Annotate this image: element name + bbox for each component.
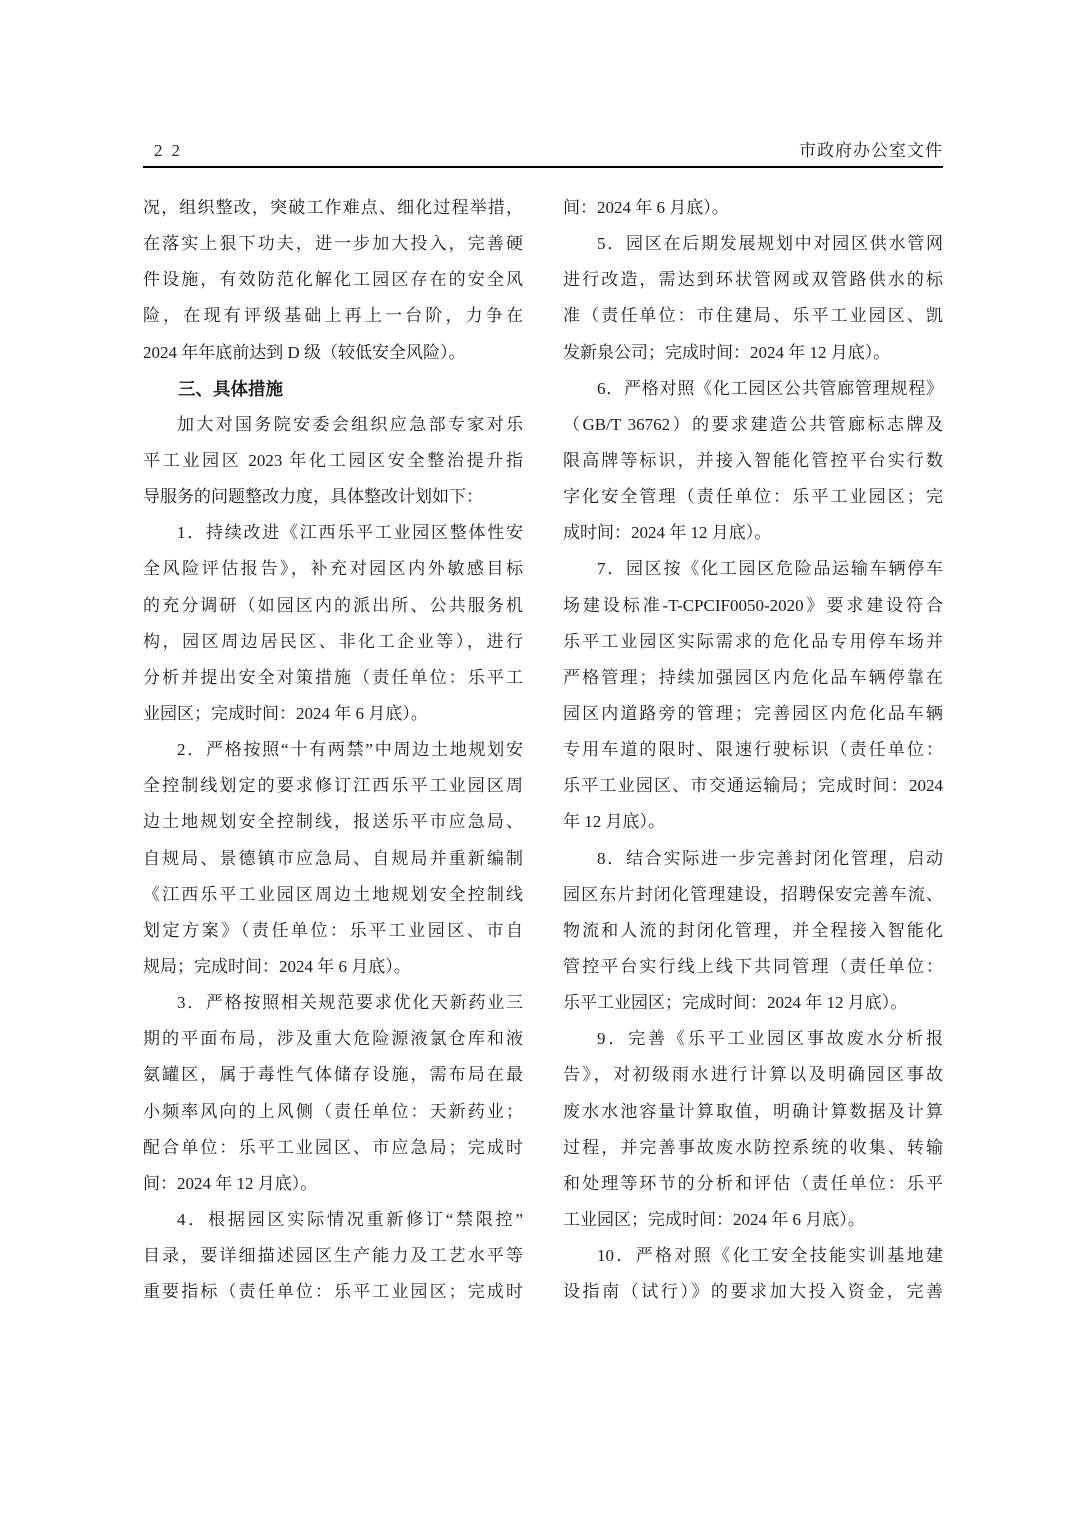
text-line: 加大对国务院安委会组织应急部专家对乐 — [143, 407, 523, 443]
text-line: 成时间：2024 年 12 月底）。 — [563, 515, 943, 551]
text-line: 10．严格对照《化工安全技能实训基地建 — [563, 1238, 943, 1274]
text-line: 专用车道的限时、限速行驶标识（责任单位： — [563, 732, 943, 768]
document-body: 况，组织整改，突破工作难点、细化过程举措，在落实上狠下功夫，进一步加大投入，完善… — [143, 190, 943, 1310]
text-line: 的充分调研（如园区内的派出所、公共服务机 — [143, 588, 523, 624]
text-line: 自规局、景德镇市应急局、自规局并重新编制 — [143, 841, 523, 877]
text-line: 9．完善《乐平工业园区事故废水分析报 — [563, 1021, 943, 1057]
text-line: 构，园区周边居民区、非化工企业等），进行 — [143, 624, 523, 660]
text-line: 在落实上狠下功夫，进一步加大投入，完善硬 — [143, 226, 523, 262]
text-line: 园区内道路旁的管理；完善园区内危化品车辆 — [563, 696, 943, 732]
text-line: 进行改造，需达到环状管网或双管路供水的标 — [563, 262, 943, 298]
text-line: 况，组织整改，突破工作难点、细化过程举措， — [143, 190, 523, 226]
text-line: 严格管理；持续加强园区内危化品车辆停靠在 — [563, 660, 943, 696]
text-line: 全风险评估报告》，补充对园区内外敏感目标 — [143, 551, 523, 587]
text-line: 规局；完成时间：2024 年 6 月底）。 — [143, 949, 523, 985]
text-line: 划定方案》（责任单位：乐平工业园区、市自 — [143, 913, 523, 949]
text-line: 间：2024 年 6 月底）。 — [563, 190, 943, 226]
text-line: 氨罐区，属于毒性气体储存设施，需布局在最 — [143, 1057, 523, 1093]
text-line: （GB/T 36762）的要求建造公共管廊标志牌及 — [563, 407, 943, 443]
text-line: 字化安全管理（责任单位：乐平工业园区；完 — [563, 479, 943, 515]
text-line: 2024 年年底前达到 D 级（较低安全风险）。 — [143, 335, 523, 371]
text-line: 和处理等环节的分析和评估（责任单位：乐平 — [563, 1166, 943, 1202]
text-line: 配合单位：乐平工业园区、市应急局；完成时 — [143, 1130, 523, 1166]
text-line: 场建设标准-T-CPCIF0050-2020》要求建设符合 — [563, 588, 943, 624]
text-line: 小频率风向的上风侧（责任单位：天新药业； — [143, 1094, 523, 1130]
text-line: 业园区；完成时间：2024 年 6 月底）。 — [143, 696, 523, 732]
text-line: 7．园区按《化工园区危险品运输车辆停车 — [563, 551, 943, 587]
heading-line: 三、具体措施 — [143, 371, 523, 407]
text-line: 乐平工业园区实际需求的危化品专用停车场并 — [563, 624, 943, 660]
text-line: 重要指标（责任单位：乐平工业园区；完成时 — [143, 1274, 523, 1310]
text-line: 《江西乐平工业园区周边土地规划安全控制线 — [143, 877, 523, 913]
text-line: 目录，要详细描述园区生产能力及工艺水平等 — [143, 1238, 523, 1274]
paragraph: 2．严格按照“十有两禁”中周边土地规划安全控制线划定的要求修订江西乐平工业园区周… — [143, 732, 523, 985]
text-line: 边土地规划安全控制线，报送乐平市应急局、 — [143, 804, 523, 840]
section-heading: 三、具体措施 — [143, 371, 523, 407]
text-line: 分析并提出安全对策措施（责任单位：乐平工 — [143, 660, 523, 696]
text-line: 件设施，有效防范化解化工园区存在的安全风 — [143, 262, 523, 298]
text-line: 乐平工业园区、市交通运输局；完成时间：2024 — [563, 768, 943, 804]
paragraph: 9．完善《乐平工业园区事故废水分析报告》，对初级雨水进行计算以及明确园区事故废水… — [563, 1021, 943, 1238]
document-page: 22 市政府办公室文件 况，组织整改，突破工作难点、细化过程举措，在落实上狠下功… — [0, 0, 1074, 1520]
text-line: 乐平工业园区；完成时间：2024 年 12 月底）。 — [563, 985, 943, 1021]
text-line: 1．持续改进《江西乐平工业园区整体性安 — [143, 515, 523, 551]
paragraph: 4．根据园区实际情况重新修订“禁限控”目录，要详细描述园区生产能力及工艺水平等重… — [143, 1202, 523, 1310]
text-line: 工业园区；完成时间：2024 年 6 月底）。 — [563, 1202, 943, 1238]
text-line: 发新泉公司；完成时间：2024 年 12 月底）。 — [563, 335, 943, 371]
paragraph: 间：2024 年 6 月底）。 — [563, 190, 943, 226]
paragraph: 加大对国务院安委会组织应急部专家对乐平工业园区 2023 年化工园区安全整治提升… — [143, 407, 523, 515]
text-line: 期的平面布局，涉及重大危险源液氯仓库和液 — [143, 1021, 523, 1057]
text-line: 6．严格对照《化工园区公共管廊管理规程》 — [563, 371, 943, 407]
text-line: 限高牌等标识，并接入智能化管控平台实行数 — [563, 443, 943, 479]
header-rule — [143, 166, 943, 168]
paragraph: 7．园区按《化工园区危险品运输车辆停车场建设标准-T-CPCIF0050-202… — [563, 551, 943, 840]
paragraph: 5．园区在后期发展规划中对园区供水管网进行改造，需达到环状管网或双管路供水的标准… — [563, 226, 943, 371]
text-line: 告》，对初级雨水进行计算以及明确园区事故 — [563, 1057, 943, 1093]
text-line: 管控平台实行线上线下共同管理（责任单位： — [563, 949, 943, 985]
text-line: 年 12 月底）。 — [563, 804, 943, 840]
page-number: 22 — [154, 141, 189, 161]
text-line: 物流和人流的封闭化管理，并全程接入智能化 — [563, 913, 943, 949]
column-right: 间：2024 年 6 月底）。5．园区在后期发展规划中对园区供水管网进行改造，需… — [563, 190, 943, 1310]
text-line: 8．结合实际进一步完善封闭化管理，启动 — [563, 841, 943, 877]
text-line: 导服务的问题整改力度，具体整改计划如下： — [143, 479, 523, 515]
text-line: 2．严格按照“十有两禁”中周边土地规划安 — [143, 732, 523, 768]
paragraph: 6．严格对照《化工园区公共管廊管理规程》（GB/T 36762）的要求建造公共管… — [563, 371, 943, 552]
text-line: 4．根据园区实际情况重新修订“禁限控” — [143, 1202, 523, 1238]
text-line: 3．严格按照相关规范要求优化天新药业三 — [143, 985, 523, 1021]
paragraph: 况，组织整改，突破工作难点、细化过程举措，在落实上狠下功夫，进一步加大投入，完善… — [143, 190, 523, 371]
text-line: 过程，并完善事故废水防控系统的收集、转输 — [563, 1130, 943, 1166]
paragraph: 3．严格按照相关规范要求优化天新药业三期的平面布局，涉及重大危险源液氯仓库和液氨… — [143, 985, 523, 1202]
text-line: 间：2024 年 12 月底）。 — [143, 1166, 523, 1202]
text-line: 5．园区在后期发展规划中对园区供水管网 — [563, 226, 943, 262]
paragraph: 8．结合实际进一步完善封闭化管理，启动园区东片封闭化管理建设，招聘保安完善车流、… — [563, 841, 943, 1022]
text-line: 准（责任单位：市住建局、乐平工业园区、凯 — [563, 298, 943, 334]
paragraph: 1．持续改进《江西乐平工业园区整体性安全风险评估报告》，补充对园区内外敏感目标的… — [143, 515, 523, 732]
text-line: 全控制线划定的要求修订江西乐平工业园区周 — [143, 768, 523, 804]
paragraph: 10．严格对照《化工安全技能实训基地建设指南（试行）》的要求加大投入资金，完善 — [563, 1238, 943, 1310]
text-line: 平工业园区 2023 年化工园区安全整治提升指 — [143, 443, 523, 479]
header-title: 市政府办公室文件 — [543, 136, 943, 161]
text-line: 险，在现有评级基础上再上一台阶，力争在 — [143, 298, 523, 334]
text-line: 设指南（试行）》的要求加大投入资金，完善 — [563, 1274, 943, 1310]
text-line: 废水水池容量计算取值，明确计算数据及计算 — [563, 1094, 943, 1130]
column-left: 况，组织整改，突破工作难点、细化过程举措，在落实上狠下功夫，进一步加大投入，完善… — [143, 190, 523, 1310]
text-line: 园区东片封闭化管理建设，招聘保安完善车流、 — [563, 877, 943, 913]
